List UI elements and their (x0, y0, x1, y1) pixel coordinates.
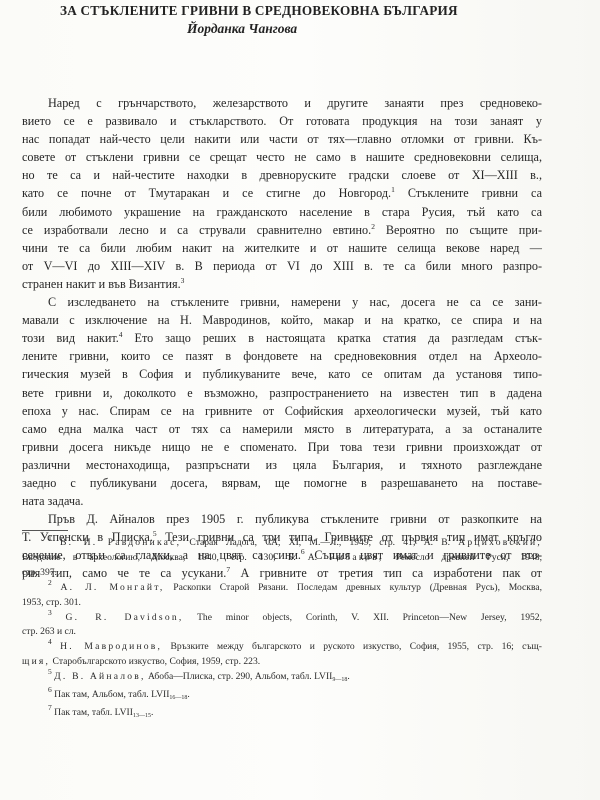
footnote-text: Раскопки Старой Рязани. Последам древных… (173, 582, 542, 593)
footnote-6: 6 Пак там, Альбом, табл. LVII16—18. (22, 688, 542, 706)
text-line: този вид накит.4 Ето защо реших в настоя… (22, 329, 542, 347)
paragraph-2: С изследването на стъклените гривни, нам… (22, 293, 542, 510)
text-line: нас попадат най-често цели накити или ча… (22, 130, 542, 148)
footnote-number: 3 (48, 608, 52, 617)
footnote-author: Арциховский, (458, 537, 542, 548)
footnote-number: 1 (48, 533, 52, 542)
text-line: различни местонаходища, разпръснати из ц… (22, 456, 542, 474)
text-segment: се изработвали лесно и са стрували сравн… (22, 223, 371, 237)
footnote-text: Пак там, Альбом, табл. LVII (54, 689, 169, 700)
footnote-subscript: 16—18 (169, 695, 187, 701)
text-line: от V—VI до XIII—XIV в. В периода от VI д… (22, 257, 542, 275)
text-line: гическия музей в София и публикуваните в… (22, 365, 542, 383)
footnote-ref[interactable]: 4 (119, 330, 123, 339)
text-segment: този вид накит. (22, 331, 119, 345)
footnote-1: 1 В. И. Равдоникас, Старая Ладога, СА, X… (22, 536, 542, 551)
footnote-7: 7 Пак там, табл. LVII13—15. (22, 706, 542, 724)
text-line: вието се е развивало и стъкларството. От… (22, 112, 542, 130)
text-line: само една малка част от тях са намерили … (22, 420, 542, 438)
text-line: мавали с изключение на Н. Мавродинов, ко… (22, 311, 542, 329)
footnote-author: G. R. Davidson, (66, 612, 184, 623)
text-line: епоха у нас. Спирам се на гривните от Со… (22, 402, 542, 420)
footnote-author: Рыбаков, (329, 552, 383, 563)
footnote-text: Абоба—Плиска, стр. 290, Альбом, табл. LV… (148, 671, 332, 682)
footnote-author: Н. Мавродинов, (60, 641, 162, 652)
text-line: гривни досега никъде нищо не е споменато… (22, 438, 542, 456)
text-line: вете гривни и, доколкото е възможно, раз… (22, 384, 542, 402)
footnote-1-cont: Введение в археологию, Москва, 1940, стр… (22, 551, 542, 566)
text-line: но те са и най-честите находки в древнор… (22, 166, 542, 184)
text-segment: Вероятно по същите при- (386, 223, 542, 237)
footnote-text: Старобългарското изкуство, София, 1959, … (53, 656, 261, 667)
footnote-ref[interactable]: 2 (371, 222, 375, 231)
article-body: Наред с грънчарството, железарството и д… (22, 94, 542, 583)
article-author: Йорданка Чангова (187, 21, 297, 37)
footnote-author: В. И. Равдоникас, (60, 537, 181, 548)
footnote-author: Д. В. Айналов, (54, 671, 145, 682)
footnote-ref[interactable]: 3 (181, 276, 185, 285)
text-line: чини те са били любим накит на жителките… (22, 239, 542, 257)
text-segment: Стъклените гривни са (408, 186, 542, 200)
footnote-text: The minor objects, Corinth, V. XII. Prin… (197, 612, 542, 623)
text-line: били любимото украшение на гражданското … (22, 203, 542, 221)
footnote-separator (22, 530, 68, 531)
footnote-number: 7 (48, 703, 52, 712)
text-line: С изследването на стъклените гривни, нам… (22, 293, 542, 311)
footnote-subscript: 13—15 (133, 713, 151, 719)
footnote-3-cont: стр. 263 и сл. (22, 625, 542, 640)
footnote-text: Връзките между българското и руското изк… (171, 641, 543, 652)
text-line: странен накит и във Византия.3 (22, 275, 542, 293)
footnote-1-cont: стр. 397. (22, 566, 542, 581)
footnote-author: А. Л. Монгайт, (61, 582, 165, 593)
footnote-4-cont: щия, Старобългарското изкуство, София, 1… (22, 655, 542, 670)
footnote-text: Пак там, табл. LVII (54, 707, 133, 718)
footnote-2: 2 А. Л. Монгайт, Раскопки Старой Рязани.… (22, 581, 542, 596)
footnote-ref[interactable]: 1 (391, 185, 395, 194)
text-line: лените гривни, които се пазят в фондовет… (22, 347, 542, 365)
footnote-number: 6 (48, 685, 52, 694)
text-line: Пръв Д. Айналов през 1905 г. публикува с… (22, 510, 542, 528)
text-line: совете от стъклени гривни се срещат чест… (22, 148, 542, 166)
text-segment: странен накит и във Византия. (22, 277, 181, 291)
footnote-text: Ремесло древней Руси, 1948, (396, 552, 542, 563)
footnote-number: 4 (48, 637, 52, 646)
footnote-3: 3 G. R. Davidson, The minor objects, Cor… (22, 611, 542, 626)
footnote-author: щия, (22, 656, 50, 667)
text-line: ната задача. (22, 492, 542, 510)
footnote-text: Старая Ладога, СА, XI, М.—Л., 1949, стр.… (189, 537, 450, 548)
text-line: заедно с публикувани досега, вярвам, ще … (22, 474, 542, 492)
footnote-subscript: 9—18 (332, 677, 347, 683)
text-line: Наред с грънчарството, железарството и д… (22, 94, 542, 112)
text-line: се изработвали лесно и са стрували сравн… (22, 221, 542, 239)
footnote-4: 4 Н. Мавродинов, Връзките между българск… (22, 640, 542, 655)
document-page: ЗА СТЪКЛЕНИТЕ ГРИВНИ В СРЕДНОВЕКОВНА БЪЛ… (0, 0, 600, 800)
footnote-text: Введение в археологию, Москва, 1940, стр… (22, 552, 317, 563)
text-segment: Ето защо реших в настоящата кратка стати… (135, 331, 543, 345)
text-line: като се почне от Тмутаракан и се стигне … (22, 184, 542, 202)
text-segment: като се почне от Тмутаракан и се стигне … (22, 186, 391, 200)
footnote-2-cont: 1953, стр. 301. (22, 596, 542, 611)
footnote-number: 2 (48, 578, 52, 587)
paragraph-1: Наред с грънчарството, железарството и д… (22, 94, 542, 293)
footnotes: 1 В. И. Равдоникас, Старая Ладога, СА, X… (22, 536, 542, 724)
footnote-5: 5 Д. В. Айналов, Абоба—Плиска, стр. 290,… (22, 670, 542, 688)
footnote-number: 5 (48, 667, 52, 676)
article-title: ЗА СТЪКЛЕНИТЕ ГРИВНИ В СРЕДНОВЕКОВНА БЪЛ… (60, 3, 460, 19)
